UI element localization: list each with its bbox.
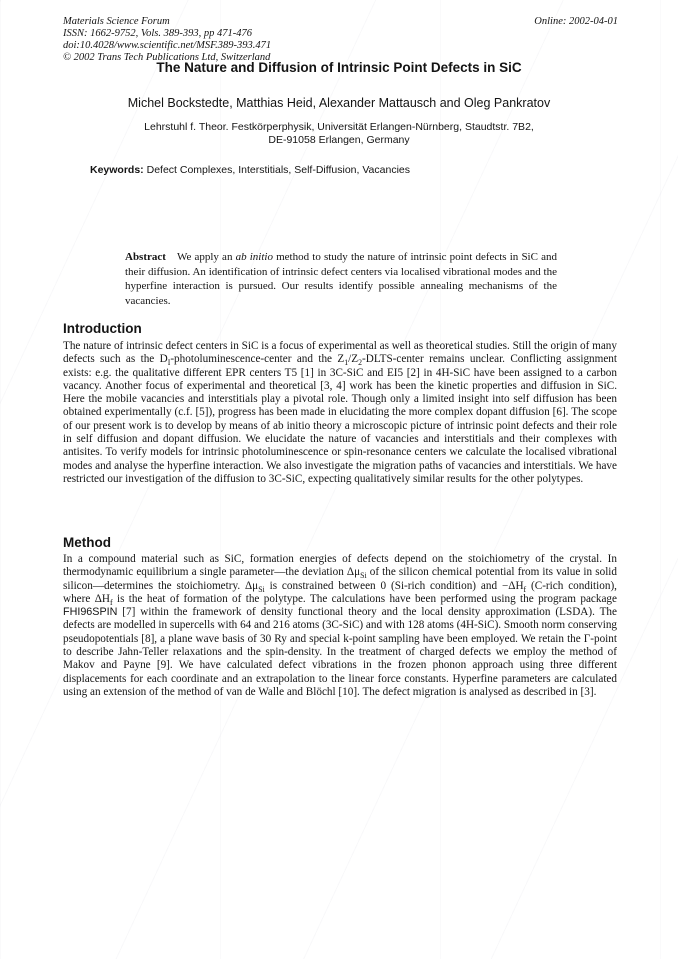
paper-page: Materials Science Forum ISSN: 1662-9752,… [0, 0, 678, 959]
online-date: Online: 2002-04-01 [534, 16, 618, 27]
keywords-list: Defect Complexes, Interstitials, Self-Di… [144, 164, 410, 176]
paper-title: The Nature and Diffusion of Intrinsic Po… [0, 60, 678, 75]
section-heading-introduction: Introduction [63, 321, 142, 336]
abstract-block: Abstract We apply an ab initio method to… [125, 250, 557, 308]
journal-name: Materials Science Forum [63, 16, 271, 28]
section-heading-method: Method [63, 535, 111, 550]
keywords-label: Keywords: [90, 164, 144, 176]
section-body-introduction: The nature of intrinsic defect centers i… [63, 340, 617, 486]
issn-line: ISSN: 1662-9752, Vols. 389-393, pp 471-4… [63, 28, 271, 40]
affiliation-line-2: DE-91058 Erlangen, Germany [0, 134, 678, 147]
keywords-row: Keywords: Defect Complexes, Interstitial… [90, 164, 410, 176]
affiliation: Lehrstuhl f. Theor. Festkörperphysik, Un… [0, 121, 678, 147]
affiliation-line-1: Lehrstuhl f. Theor. Festkörperphysik, Un… [0, 121, 678, 134]
section-body-method: In a compound material such as SiC, form… [63, 553, 617, 699]
doi-line: doi:10.4028/www.scientific.net/MSF.389-3… [63, 40, 271, 52]
journal-header: Materials Science Forum ISSN: 1662-9752,… [63, 16, 271, 64]
authors-line: Michel Bockstedte, Matthias Heid, Alexan… [0, 96, 678, 110]
